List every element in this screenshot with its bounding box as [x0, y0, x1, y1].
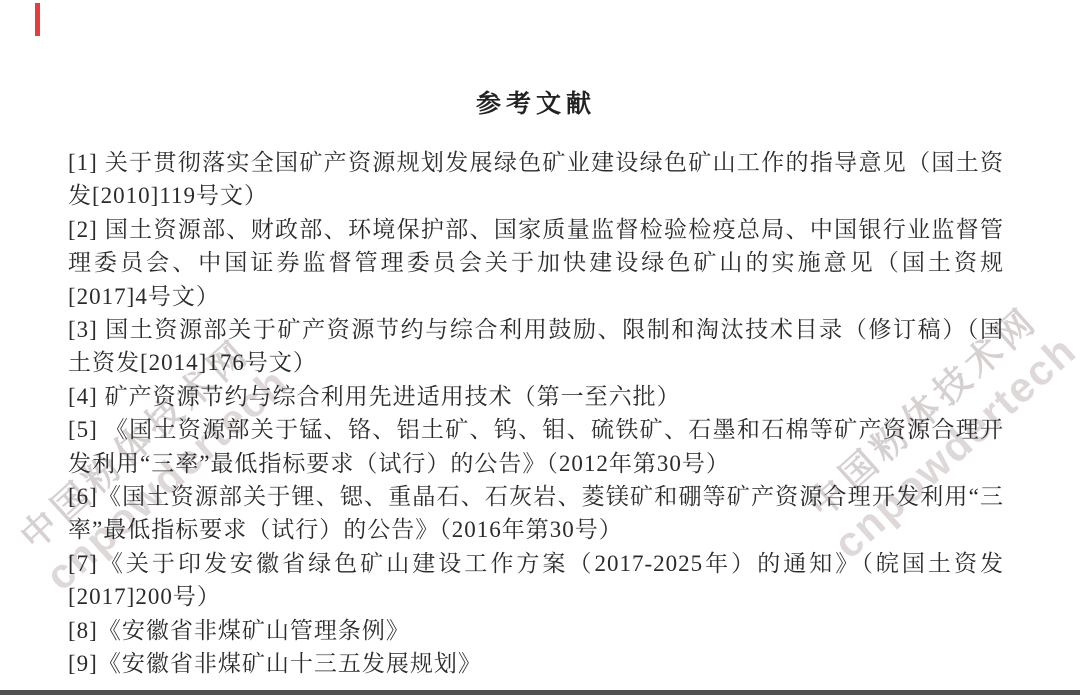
reference-item: [3] 国土资源部关于矿产资源节约与综合利用鼓励、限制和淘汰技术目录（修订稿）（…: [68, 313, 1004, 380]
page-title: 参考文献: [68, 84, 1004, 120]
reference-item: [6]《国土资源部关于锂、锶、重晶石、石灰岩、菱镁矿和硼等矿产资源合理开发利用“…: [68, 480, 1004, 547]
reference-item: [4] 矿产资源节约与综合利用先进适用技术（第一至六批）: [68, 380, 1004, 413]
reference-item: [7]《关于印发安徽省绿色矿山建设工作方案（2017-2025年）的通知》（皖国…: [68, 547, 1004, 614]
red-marker: [35, 3, 40, 36]
reference-item: [1] 关于贯彻落实全国矿产资源规划发展绿色矿业建设绿色矿山工作的指导意见（国土…: [68, 146, 1004, 213]
reference-item: [8]《安徽省非煤矿山管理条例》: [68, 614, 1004, 647]
document-page: 中国粉体技术网 cnpowdertech 中国粉体技术网 cnpowdertec…: [0, 0, 1080, 695]
reference-item: [5] 《国土资源部关于锰、铬、铝土矿、钨、钼、硫铁矿、石墨和石棉等矿产资源合理…: [68, 413, 1004, 480]
reference-item: [2] 国土资源部、财政部、环境保护部、国家质量监督检验检疫总局、中国银行业监督…: [68, 213, 1004, 313]
bottom-edge-bar: [0, 690, 1080, 695]
document-content: 参考文献 [1] 关于贯彻落实全国矿产资源规划发展绿色矿业建设绿色矿山工作的指导…: [68, 84, 1004, 681]
reference-item: [9]《安徽省非煤矿山十三五发展规划》: [68, 647, 1004, 680]
reference-list: [1] 关于贯彻落实全国矿产资源规划发展绿色矿业建设绿色矿山工作的指导意见（国土…: [68, 146, 1004, 681]
